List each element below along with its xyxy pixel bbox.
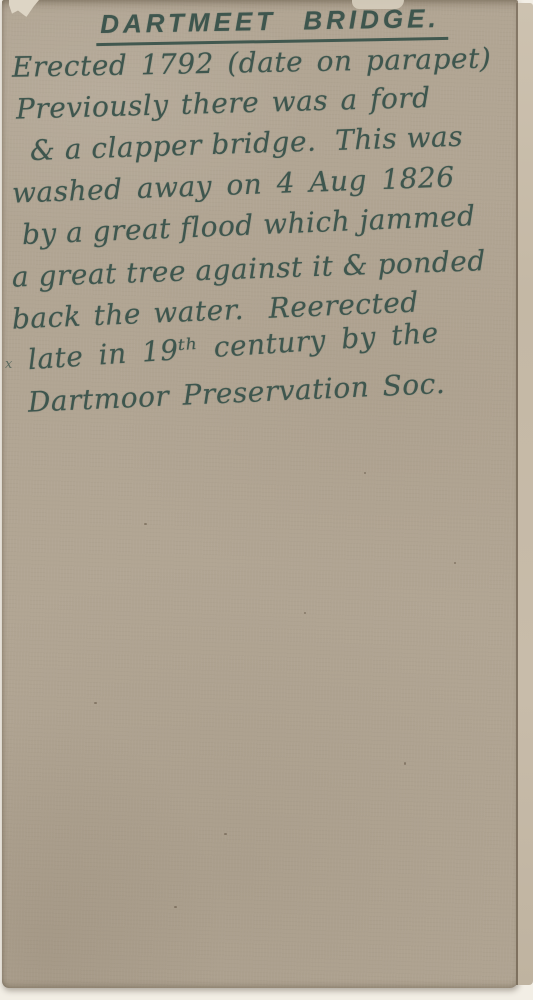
paper-speck <box>304 612 306 614</box>
torn-corner-chip <box>9 0 39 17</box>
paper-speck <box>94 702 97 704</box>
handwriting-block: Erected 1792 (date on parapet) Previousl… <box>2 47 518 425</box>
paper-speck <box>364 472 366 474</box>
paper-speck <box>144 523 147 525</box>
paper-speck <box>454 562 456 564</box>
paper-speck <box>224 833 227 835</box>
paper-speck <box>404 762 406 765</box>
paper-speck <box>174 906 177 908</box>
index-card: DARTMEET BRIDGE. Erected 1792 (date on p… <box>2 0 518 988</box>
scan-backdrop: DARTMEET BRIDGE. Erected 1792 (date on p… <box>0 0 533 1000</box>
margin-insert-mark: x <box>5 357 12 372</box>
card-edge-strip <box>516 3 533 985</box>
